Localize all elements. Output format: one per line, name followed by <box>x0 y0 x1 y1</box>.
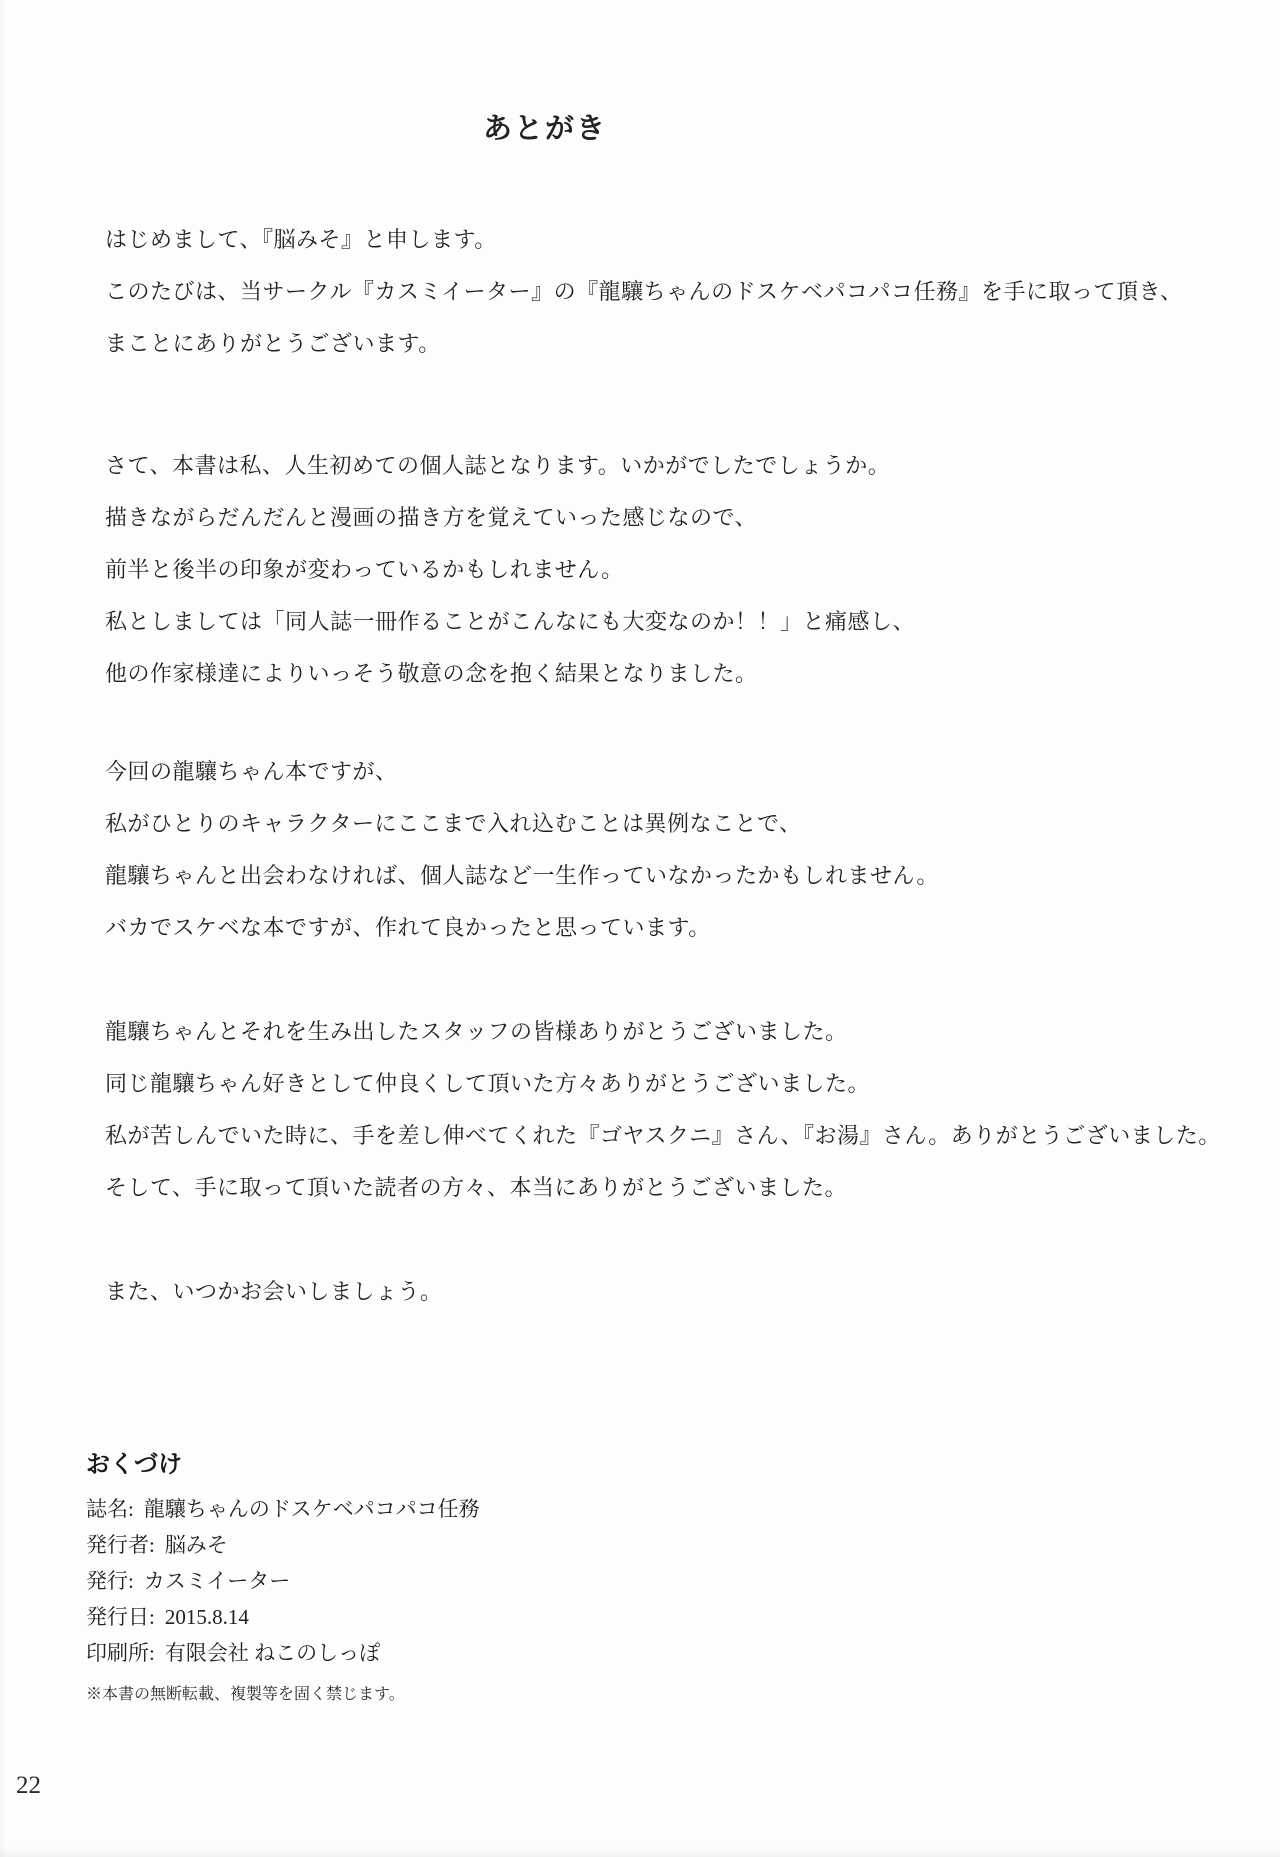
colophon-value: 脳みそ <box>165 1533 228 1557</box>
page-title: あとがき <box>0 106 1090 147</box>
afterword-line: 今回の龍驤ちゃん本ですが、 <box>105 746 1225 798</box>
afterword-line: 前半と後半の印象が変わっているかもしれません。 <box>105 544 1225 596</box>
afterword-paragraph-2: さて、本書は私、人生初めての個人誌となります。いかがでしたでしょうか。 描きなが… <box>105 440 1225 700</box>
afterword-line: バカでスケベな本ですが、作れて良かったと思っています。 <box>105 902 1225 954</box>
afterword-paragraph-3: 今回の龍驤ちゃん本ですが、 私がひとりのキャラクターにここまで入れ込むことは異例… <box>105 746 1225 954</box>
afterword-line: また、いつかお会いしましょう。 <box>105 1266 1225 1318</box>
scan-edge-bottom <box>0 1847 1280 1857</box>
colophon-notice: ※本書の無断転載、複製等を固く禁じます。 <box>86 1677 786 1713</box>
colophon-value: 龍驤ちゃんのドスケベパコパコ任務 <box>144 1497 480 1521</box>
colophon-label: 発行日: <box>86 1605 155 1629</box>
colophon: おくづけ 誌名:龍驤ちゃんのドスケベパコパコ任務 発行者:脳みそ 発行:カスミイ… <box>86 1445 786 1713</box>
colophon-label: 発行: <box>86 1569 134 1593</box>
colophon-value: カスミイーター <box>144 1569 290 1593</box>
colophon-entry-circle: 発行:カスミイーター <box>86 1563 786 1599</box>
colophon-entry-publisher: 発行者:脳みそ <box>86 1527 786 1563</box>
afterword-paragraph-1: はじめまして、『脳みそ』と申します。 このたびは、当サークル『カスミイーター』の… <box>105 214 1225 370</box>
colophon-entry-date: 発行日:2015.8.14 <box>86 1599 786 1635</box>
afterword-line: このたびは、当サークル『カスミイーター』の『龍驤ちゃんのドスケベパコパコ任務』を… <box>105 266 1225 318</box>
afterword-line: まことにありがとうございます。 <box>105 318 1225 370</box>
colophon-value: 有限会社 ねこのしっぽ <box>165 1641 380 1665</box>
afterword-line: 同じ龍驤ちゃん好きとして仲良くして頂いた方々ありがとうございました。 <box>105 1058 1225 1110</box>
colophon-value: 2015.8.14 <box>165 1605 249 1629</box>
colophon-entry-printer: 印刷所:有限会社 ねこのしっぽ <box>86 1635 786 1671</box>
afterword-line: さて、本書は私、人生初めての個人誌となります。いかがでしたでしょうか。 <box>105 440 1225 492</box>
afterword-line: 龍驤ちゃんと出会わなければ、個人誌など一生作っていなかったかもしれません。 <box>105 850 1225 902</box>
colophon-entry-title: 誌名:龍驤ちゃんのドスケベパコパコ任務 <box>86 1491 786 1527</box>
afterword-line: 私が苦しんでいた時に、手を差し伸べてくれた『ゴヤスクニ』さん、『お湯』さん。あり… <box>105 1110 1225 1162</box>
afterword-line: 私としましては「同人誌一冊作ることがこんなにも大変なのか！！」と痛感し、 <box>105 596 1225 648</box>
afterword-paragraph-4: 龍驤ちゃんとそれを生み出したスタッフの皆様ありがとうございました。 同じ龍驤ちゃ… <box>105 1006 1225 1214</box>
afterword-line: 描きながらだんだんと漫画の描き方を覚えていった感じなので、 <box>105 492 1225 544</box>
afterword-line: 他の作家様達によりいっそう敬意の念を抱く結果となりました。 <box>105 648 1225 700</box>
afterword-page: あとがき はじめまして、『脳みそ』と申します。 このたびは、当サークル『カスミイ… <box>0 0 1280 1857</box>
afterword-paragraph-5: また、いつかお会いしましょう。 <box>105 1266 1225 1318</box>
afterword-body: はじめまして、『脳みそ』と申します。 このたびは、当サークル『カスミイーター』の… <box>105 214 1225 1318</box>
afterword-line: はじめまして、『脳みそ』と申します。 <box>105 214 1225 266</box>
afterword-line: そして、手に取って頂いた読者の方々、本当にありがとうございました。 <box>105 1162 1225 1214</box>
scan-edge-left <box>0 0 6 1857</box>
afterword-line: 私がひとりのキャラクターにここまで入れ込むことは異例なことで、 <box>105 798 1225 850</box>
colophon-label: 印刷所: <box>86 1641 155 1665</box>
colophon-heading: おくづけ <box>86 1445 786 1485</box>
colophon-label: 発行者: <box>86 1533 155 1557</box>
colophon-label: 誌名: <box>86 1497 134 1521</box>
afterword-line: 龍驤ちゃんとそれを生み出したスタッフの皆様ありがとうございました。 <box>105 1006 1225 1058</box>
page-number: 22 <box>16 1772 41 1800</box>
